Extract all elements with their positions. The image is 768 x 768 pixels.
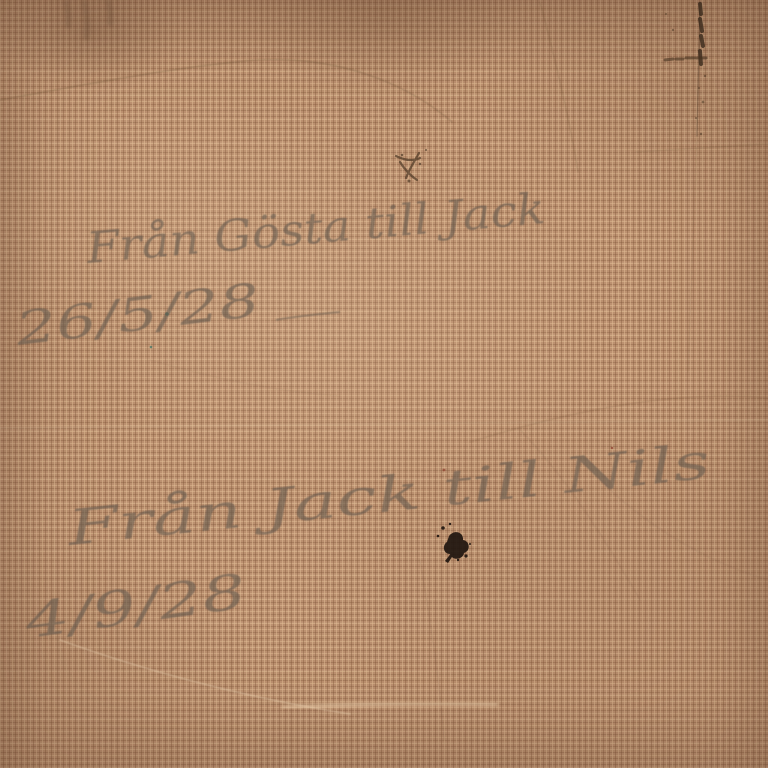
inscription-date-1: 26/5/28 [11,272,262,356]
inscription-dedication-1: Från Gösta till Jack [84,184,548,274]
top-edge-smudges [66,0,110,40]
pencil-inscriptions: Från Gösta till Jack 26/5/28 Från Jack t… [11,184,712,650]
ink-smudge-top-center [396,149,427,183]
dash-after-date-1 [276,312,340,320]
paint-specks [150,312,614,471]
inscription-date-2: 4/9/28 [20,564,249,651]
canvas-verso-photograph: Från Gösta till Jack 26/5/28 Från Jack t… [0,0,768,768]
stain-marks-top-right [665,2,706,136]
inscription-dedication-2: Från Jack till Nils [64,433,713,557]
ink-blot-lower-center [437,523,471,563]
scuff-mark-bottom [282,703,498,708]
surface-marks-layer: Från Gösta till Jack 26/5/28 Från Jack t… [0,0,768,768]
